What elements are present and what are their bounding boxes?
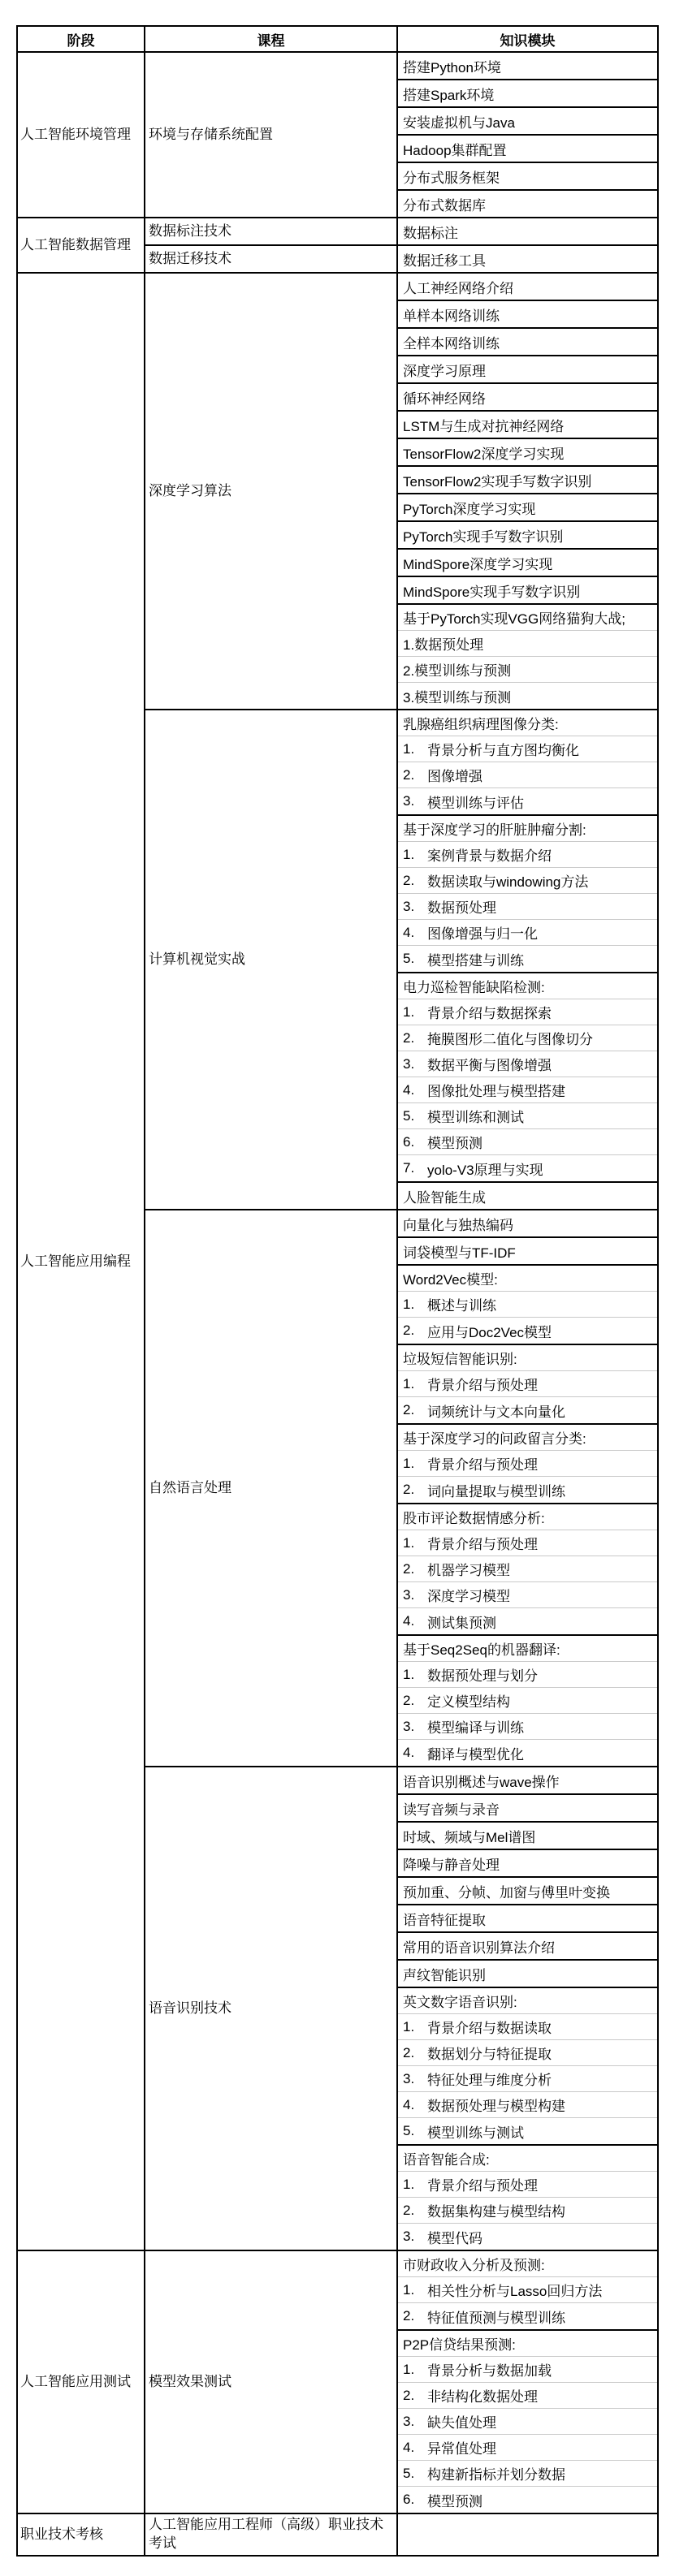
module-line: 3.深度学习模型 [398, 1582, 657, 1608]
module-cell: 单样本网络训练 [398, 301, 657, 329]
module-cell: PyTorch深度学习实现 [398, 494, 657, 522]
item-number: 1. [403, 1456, 427, 1472]
module-cell: 基于深度学习的肝脏肿瘤分割:1.案例背景与数据介绍2.数据读取与windowin… [398, 816, 657, 973]
module-line: 4.图像增强与归一化 [398, 920, 657, 946]
module-cell: 安装虚拟机与Java [398, 108, 657, 136]
item-number: 3. [403, 2414, 427, 2430]
item-number: 2. [403, 2308, 427, 2324]
module-line: 3.模型训练与评估 [398, 788, 657, 814]
module-text: MindSpore实现手写数字识别 [403, 580, 580, 601]
module-text: 2.模型训练与预测 [403, 659, 511, 680]
module-cell: 人脸智能生成 [398, 1183, 657, 1209]
module-text: 语音识别概述与wave操作 [403, 1771, 560, 1791]
module-cell: 全样本网络训练 [398, 329, 657, 356]
module-text: 相关性分析与Lasso回归方法 [427, 2280, 602, 2300]
course-cell: 计算机视觉实战 [145, 710, 398, 1209]
course-row: 数据迁移技术数据迁移工具 [145, 246, 657, 272]
module-line: 1.背景介绍与预处理 [398, 2172, 657, 2198]
module-line: 向量化与独热编码 [398, 1210, 657, 1236]
module-text: 词向量提取与模型训练 [427, 1480, 565, 1500]
module-line: 3.数据平衡与图像增强 [398, 1051, 657, 1077]
item-number: 4. [403, 2097, 427, 2113]
module-cell: 基于PyTorch实现VGG网络猫狗大战;1.数据预处理2.模型训练与预测3.模… [398, 605, 657, 709]
module-line: 4.异常值处理 [398, 2435, 657, 2461]
item-number: 3. [403, 1056, 427, 1072]
module-text: 背景介绍与预处理 [427, 2174, 538, 2194]
module-text: 股市评论数据情感分析: [403, 1507, 545, 1527]
module-text: 案例背景与数据介绍 [427, 844, 552, 865]
item-number: 5. [403, 951, 427, 967]
module-text: 测试集预测 [427, 1612, 496, 1632]
module-text: 缺失值处理 [427, 2411, 496, 2431]
module-text: 乳腺癌组织病理图像分类: [403, 713, 559, 733]
stage-section-row: 人工智能环境管理环境与存储系统配置搭建Python环境搭建Spark环境安装虚拟… [18, 53, 657, 218]
module-cell: 深度学习原理 [398, 356, 657, 384]
module-cell: LSTM与生成对抗神经网络 [398, 412, 657, 439]
module-cells: 搭建Python环境搭建Spark环境安装虚拟机与JavaHadoop集群配置分… [398, 53, 657, 217]
course-cell: 环境与存储系统配置 [145, 53, 398, 217]
item-number: 1. [403, 2362, 427, 2378]
module-text: Word2Vec模型: [403, 1268, 498, 1288]
module-text: TensorFlow2深度学习实现 [403, 442, 564, 463]
module-text: 背景分析与数据加载 [427, 2359, 552, 2380]
module-text: P2P信贷结果预测: [403, 2333, 516, 2354]
item-number: 4. [403, 1613, 427, 1629]
curriculum-table: 阶段 课程 知识模块 人工智能环境管理环境与存储系统配置搭建Python环境搭建… [16, 25, 659, 2557]
item-number: 5. [403, 2466, 427, 2482]
module-text: 模型搭建与训练 [427, 949, 524, 969]
module-text: 数据读取与windowing方法 [427, 870, 588, 891]
module-line: 数据标注 [398, 218, 657, 244]
module-cell: 数据迁移工具 [398, 246, 657, 272]
stage-section-row: 人工智能应用编程深度学习算法人工神经网络介绍单样本网络训练全样本网络训练深度学习… [18, 274, 657, 2251]
module-text: 分布式服务框架 [403, 166, 500, 187]
module-line: 2.非结构化数据处理 [398, 2383, 657, 2409]
module-cell: Hadoop集群配置 [398, 136, 657, 163]
module-line: 2.数据集构建与模型结构 [398, 2198, 657, 2224]
module-text: 图像增强 [427, 765, 482, 785]
module-text: 词频统计与文本向量化 [427, 1400, 565, 1421]
module-text: 特征值预测与模型训练 [427, 2306, 565, 2327]
module-line: 循环神经网络 [398, 384, 657, 410]
module-line: 数据迁移工具 [398, 246, 657, 272]
module-text: 模型训练与评估 [427, 792, 524, 812]
module-cell: 基于深度学习的问政留言分类:1.背景介绍与预处理2.词向量提取与模型训练 [398, 1425, 657, 1504]
item-number: 5. [403, 2123, 427, 2139]
module-cell: Word2Vec模型:1.概述与训练2.应用与Doc2Vec模型 [398, 1266, 657, 1345]
course-row: 人工智能应用工程师（高级）职业技术考试 [145, 2514, 657, 2555]
module-line: 1.背景介绍与数据探索 [398, 999, 657, 1025]
module-text: yolo-V3原理与实现 [427, 1159, 543, 1179]
module-line: 乳腺癌组织病理图像分类: [398, 710, 657, 736]
module-cell: 时域、频域与Mel谱图 [398, 1823, 657, 1850]
module-cells: 乳腺癌组织病理图像分类:1.背景分析与直方图均衡化2.图像增强3.模型训练与评估… [398, 710, 657, 1209]
module-text: 机器学习模型 [427, 1559, 510, 1579]
module-line: 语音智能合成: [398, 2146, 657, 2172]
module-line: 2.掩膜图形二值化与图像切分 [398, 1025, 657, 1051]
module-text: 数据预处理 [427, 896, 496, 917]
module-text: 基于Seq2Seq的机器翻译: [403, 1638, 560, 1659]
item-number: 4. [403, 1082, 427, 1098]
module-line: 人脸智能生成 [398, 1183, 657, 1209]
module-line: 1.背景分析与数据加载 [398, 2357, 657, 2383]
module-text: 背景介绍与数据读取 [427, 2017, 552, 2037]
module-text: 模型训练和测试 [427, 1106, 524, 1126]
item-number: 2. [403, 2045, 427, 2061]
module-line: 1.案例背景与数据介绍 [398, 842, 657, 868]
module-text: 数据迁移工具 [403, 249, 486, 270]
module-cell: 电力巡检智能缺陷检测:1.背景介绍与数据探索2.掩膜图形二值化与图像切分3.数据… [398, 973, 657, 1183]
module-text: 循环神经网络 [403, 387, 486, 408]
module-text: 搭建Spark环境 [403, 84, 494, 104]
module-line: 词袋模型与TF-IDF [398, 1238, 657, 1264]
courses-group: 模型效果测试市财政收入分析及预测:1.相关性分析与Lasso回归方法2.特征值预… [145, 2251, 657, 2513]
module-text: 语音智能合成: [403, 2148, 490, 2168]
module-line: 1.背景介绍与预处理 [398, 1371, 657, 1397]
module-cell: 人工神经网络介绍 [398, 274, 657, 301]
module-line: PyTorch实现手写数字识别 [398, 522, 657, 548]
module-line: 2.应用与Doc2Vec模型 [398, 1318, 657, 1344]
module-cells: 语音识别概述与wave操作读写音频与录音时域、频域与Mel谱图降噪与静音处理预加… [398, 1767, 657, 2250]
module-text: 全样本网络训练 [403, 332, 500, 352]
module-text: 掩膜图形二值化与图像切分 [427, 1028, 593, 1048]
course-cell: 数据迁移技术 [145, 246, 398, 272]
module-text: 非结构化数据处理 [427, 2385, 538, 2406]
module-text: 数据集构建与模型结构 [427, 2200, 565, 2220]
module-text: 模型预测 [427, 1132, 482, 1152]
module-text: 搭建Python环境 [403, 56, 501, 76]
module-text: 语音特征提取 [403, 1909, 486, 1929]
course-row: 数据标注技术数据标注 [145, 218, 657, 246]
module-line: 搭建Python环境 [398, 53, 657, 79]
module-line: 2.数据读取与windowing方法 [398, 868, 657, 894]
module-line: Word2Vec模型: [398, 1266, 657, 1292]
module-cells: 数据标注 [398, 218, 657, 244]
module-line: 2.词频统计与文本向量化 [398, 1397, 657, 1423]
course-cell: 深度学习算法 [145, 274, 398, 709]
item-number: 7. [403, 1160, 427, 1176]
module-text: 数据预处理与模型构建 [427, 2095, 565, 2115]
module-text: 数据预处理与划分 [427, 1664, 538, 1685]
module-cell: 循环神经网络 [398, 384, 657, 412]
module-line: 5.模型训练和测试 [398, 1103, 657, 1129]
module-line: 声纹智能识别 [398, 1961, 657, 1987]
module-text: 模型编译与训练 [427, 1716, 524, 1737]
module-line: MindSpore深度学习实现 [398, 550, 657, 576]
module-text: 市财政收入分析及预测: [403, 2254, 545, 2274]
course-cell: 人工智能应用工程师（高级）职业技术考试 [145, 2514, 398, 2555]
module-line: 3.特征处理与维度分析 [398, 2066, 657, 2092]
module-line: 搭建Spark环境 [398, 80, 657, 106]
module-text: 基于深度学习的肝脏肿瘤分割: [403, 818, 586, 839]
module-line: 安装虚拟机与Java [398, 108, 657, 134]
module-text: 基于深度学习的问政留言分类: [403, 1427, 586, 1448]
item-number: 5. [403, 1108, 427, 1124]
item-number: 1. [403, 1297, 427, 1313]
module-cell: 垃圾短信智能识别:1.背景介绍与预处理2.词频统计与文本向量化 [398, 1345, 657, 1425]
module-line: 1.数据预处理与划分 [398, 1662, 657, 1688]
stage-section-row: 职业技术考核人工智能应用工程师（高级）职业技术考试 [18, 2514, 657, 2555]
item-number: 2. [403, 1402, 427, 1418]
module-text: 背景分析与直方图均衡化 [427, 739, 579, 759]
item-number: 6. [403, 1134, 427, 1150]
module-line: LSTM与生成对抗神经网络 [398, 412, 657, 438]
module-line: 基于深度学习的肝脏肿瘤分割: [398, 816, 657, 842]
courses-group: 数据标注技术数据标注数据迁移技术数据迁移工具 [145, 218, 657, 272]
module-cell: 预加重、分帧、加窗与傅里叶变换 [398, 1878, 657, 1905]
module-line: 读写音频与录音 [398, 1795, 657, 1821]
course-cell: 语音识别技术 [145, 1767, 398, 2250]
module-line: 时域、频域与Mel谱图 [398, 1823, 657, 1849]
module-cell: 乳腺癌组织病理图像分类:1.背景分析与直方图均衡化2.图像增强3.模型训练与评估 [398, 710, 657, 816]
course-row: 自然语言处理向量化与独热编码词袋模型与TF-IDFWord2Vec模型:1.概述… [145, 1210, 657, 1767]
module-line: 降噪与静音处理 [398, 1850, 657, 1876]
module-cell: PyTorch实现手写数字识别 [398, 522, 657, 550]
module-line: 1.概述与训练 [398, 1292, 657, 1318]
header-stage: 阶段 [18, 27, 145, 51]
module-line: 1.背景介绍与预处理 [398, 1451, 657, 1477]
module-cells [398, 2514, 657, 2555]
course-cell: 模型效果测试 [145, 2251, 398, 2513]
module-text: TensorFlow2实现手写数字识别 [403, 470, 591, 490]
module-cell: 语音识别概述与wave操作 [398, 1767, 657, 1795]
item-number: 1. [403, 741, 427, 757]
module-cell: 读写音频与录音 [398, 1795, 657, 1823]
item-number: 4. [403, 2440, 427, 2456]
module-text: 深度学习模型 [427, 1585, 510, 1605]
item-number: 1. [403, 1667, 427, 1683]
courses-group: 深度学习算法人工神经网络介绍单样本网络训练全样本网络训练深度学习原理循环神经网络… [145, 274, 657, 2250]
module-line: 2.特征值预测与模型训练 [398, 2303, 657, 2329]
module-line: 5.模型训练与测试 [398, 2118, 657, 2144]
module-cell: 市财政收入分析及预测:1.相关性分析与Lasso回归方法2.特征值预测与模型训练 [398, 2251, 657, 2331]
module-line: 4.图像批处理与模型搭建 [398, 1077, 657, 1103]
module-text: 数据划分与特征提取 [427, 2043, 552, 2063]
module-line: 5.构建新指标并划分数据 [398, 2461, 657, 2487]
module-line: 2.定义模型结构 [398, 1688, 657, 1714]
module-text: MindSpore深度学习实现 [403, 553, 552, 573]
module-line: 垃圾短信智能识别: [398, 1345, 657, 1371]
stage-cell: 人工智能应用测试 [18, 2251, 145, 2513]
module-line: 1.数据预处理 [398, 631, 657, 657]
module-text: 分布式数据库 [403, 194, 486, 214]
module-text: 定义模型结构 [427, 1690, 510, 1711]
item-number: 2. [403, 873, 427, 889]
item-number: 1. [403, 2177, 427, 2193]
module-text: 图像增强与归一化 [427, 922, 538, 943]
module-text: 安装虚拟机与Java [403, 111, 515, 132]
module-line: 单样本网络训练 [398, 301, 657, 327]
module-line: 语音特征提取 [398, 1905, 657, 1931]
module-text: 背景介绍与数据探索 [427, 1002, 552, 1022]
item-number: 3. [403, 2071, 427, 2087]
module-line: 3.模型训练与预测 [398, 683, 657, 709]
stage-cell: 人工智能应用编程 [18, 274, 145, 2250]
item-number: 3. [403, 2229, 427, 2245]
item-number: 2. [403, 1693, 427, 1709]
module-cells: 市财政收入分析及预测:1.相关性分析与Lasso回归方法2.特征值预测与模型训练… [398, 2251, 657, 2513]
module-text: 数据标注 [403, 222, 458, 242]
module-text: 1.数据预处理 [403, 633, 483, 654]
module-cell: P2P信贷结果预测:1.背景分析与数据加载2.非结构化数据处理3.缺失值处理4.… [398, 2331, 657, 2513]
module-line: 基于Seq2Seq的机器翻译: [398, 1636, 657, 1662]
stage-cell: 职业技术考核 [18, 2514, 145, 2555]
module-line: 2.词向量提取与模型训练 [398, 1477, 657, 1503]
module-text: 特征处理与维度分析 [427, 2069, 552, 2089]
module-text: 声纹智能识别 [403, 1964, 486, 1984]
module-cell: 语音智能合成:1.背景介绍与预处理2.数据集构建与模型结构3.模型代码 [398, 2146, 657, 2250]
header-course: 课程 [145, 27, 398, 51]
item-number: 6. [403, 2492, 427, 2508]
module-line: MindSpore实现手写数字识别 [398, 577, 657, 603]
module-line [398, 2514, 657, 2540]
module-text: 概述与训练 [427, 1294, 496, 1314]
module-line: 电力巡检智能缺陷检测: [398, 973, 657, 999]
module-line: 3.模型代码 [398, 2224, 657, 2250]
course-cell: 数据标注技术 [145, 218, 398, 244]
item-number: 4. [403, 1745, 427, 1761]
module-line: 4.数据预处理与模型构建 [398, 2092, 657, 2118]
module-cells: 向量化与独热编码词袋模型与TF-IDFWord2Vec模型:1.概述与训练2.应… [398, 1210, 657, 1766]
item-number: 2. [403, 1561, 427, 1577]
module-text: 词袋模型与TF-IDF [403, 1241, 516, 1262]
item-number: 1. [403, 2282, 427, 2298]
module-cell [398, 2514, 657, 2550]
module-line: 全样本网络训练 [398, 329, 657, 355]
module-cell: 词袋模型与TF-IDF [398, 1238, 657, 1266]
item-number: 3. [403, 1587, 427, 1603]
module-text: 预加重、分帧、加窗与傅里叶变换 [403, 1881, 610, 1901]
item-number: 2. [403, 2203, 427, 2219]
module-line: 深度学习原理 [398, 356, 657, 382]
module-line: 5.模型搭建与训练 [398, 946, 657, 972]
module-line: 2.数据划分与特征提取 [398, 2040, 657, 2066]
stage-section-row: 人工智能数据管理数据标注技术数据标注数据迁移技术数据迁移工具 [18, 218, 657, 274]
item-number: 2. [403, 1030, 427, 1046]
item-number: 1. [403, 847, 427, 863]
module-line: P2P信贷结果预测: [398, 2331, 657, 2357]
module-cell: 基于Seq2Seq的机器翻译:1.数据预处理与划分2.定义模型结构3.模型编译与… [398, 1636, 657, 1766]
module-cell: 搭建Python环境 [398, 53, 657, 80]
module-line: 2.图像增强 [398, 762, 657, 788]
module-text: 模型代码 [427, 2227, 482, 2247]
item-number: 1. [403, 1376, 427, 1392]
module-line: 4.翻译与模型优化 [398, 1740, 657, 1766]
module-text: 英文数字语音识别: [403, 1991, 517, 2011]
module-cells: 数据迁移工具 [398, 246, 657, 272]
module-text: 背景介绍与预处理 [427, 1533, 538, 1553]
header-module: 知识模块 [398, 27, 657, 51]
module-cells: 人工神经网络介绍单样本网络训练全样本网络训练深度学习原理循环神经网络LSTM与生… [398, 274, 657, 709]
item-number: 1. [403, 2019, 427, 2035]
course-row: 环境与存储系统配置搭建Python环境搭建Spark环境安装虚拟机与JavaHa… [145, 53, 657, 217]
item-number: 2. [403, 1482, 427, 1498]
module-text: 构建新指标并划分数据 [427, 2463, 565, 2483]
course-cell: 自然语言处理 [145, 1210, 398, 1766]
module-text: 模型预测 [427, 2490, 482, 2510]
module-line: 4.测试集预测 [398, 1608, 657, 1634]
module-line: 2.机器学习模型 [398, 1556, 657, 1582]
module-text: 单样本网络训练 [403, 304, 500, 325]
module-text: PyTorch深度学习实现 [403, 498, 535, 518]
module-cell: MindSpore深度学习实现 [398, 550, 657, 577]
module-cell: 声纹智能识别 [398, 1961, 657, 1988]
module-cell: 分布式数据库 [398, 191, 657, 217]
module-text: 向量化与独热编码 [403, 1214, 513, 1234]
module-line: 股市评论数据情感分析: [398, 1504, 657, 1530]
module-line: 预加重、分帧、加窗与傅里叶变换 [398, 1878, 657, 1904]
module-cell: 向量化与独热编码 [398, 1210, 657, 1238]
module-text: 人工神经网络介绍 [403, 277, 513, 297]
stage-cell: 人工智能数据管理 [18, 218, 145, 272]
module-text: LSTM与生成对抗神经网络 [403, 415, 564, 435]
module-text: 时域、频域与Mel谱图 [403, 1826, 535, 1846]
module-text: 降噪与静音处理 [403, 1853, 500, 1874]
module-line: 6.模型预测 [398, 1129, 657, 1155]
module-text: 背景介绍与预处理 [427, 1453, 538, 1474]
module-line: 语音识别概述与wave操作 [398, 1767, 657, 1793]
item-number: 2. [403, 1323, 427, 1339]
module-line: 基于PyTorch实现VGG网络猫狗大战; [398, 605, 657, 631]
module-line: 7.yolo-V3原理与实现 [398, 1155, 657, 1181]
module-cell: 英文数字语音识别:1.背景介绍与数据读取2.数据划分与特征提取3.特征处理与维度… [398, 1988, 657, 2146]
module-text: 垃圾短信智能识别: [403, 1348, 517, 1368]
item-number: 2. [403, 2388, 427, 2404]
module-text: 读写音频与录音 [403, 1798, 500, 1819]
module-line: 分布式服务框架 [398, 163, 657, 189]
module-text: 基于PyTorch实现VGG网络猫狗大战; [403, 607, 625, 628]
item-number: 1. [403, 1004, 427, 1020]
module-line: 分布式数据库 [398, 191, 657, 217]
course-row: 语音识别技术语音识别概述与wave操作读写音频与录音时域、频域与Mel谱图降噪与… [145, 1767, 657, 2250]
module-text: 图像批处理与模型搭建 [427, 1080, 565, 1100]
module-line: 3.模型编译与训练 [398, 1714, 657, 1740]
module-text: 背景介绍与预处理 [427, 1374, 538, 1394]
item-number: 3. [403, 1719, 427, 1735]
module-text: 3.模型训练与预测 [403, 686, 511, 706]
courses-group: 环境与存储系统配置搭建Python环境搭建Spark环境安装虚拟机与JavaHa… [145, 53, 657, 217]
module-text: 电力巡检智能缺陷检测: [403, 976, 545, 996]
module-text: 常用的语音识别算法介绍 [403, 1936, 555, 1957]
module-line: 3.数据预处理 [398, 894, 657, 920]
module-cell: 股市评论数据情感分析:1.背景介绍与预处理2.机器学习模型3.深度学习模型4.测… [398, 1504, 657, 1636]
stage-cell: 人工智能环境管理 [18, 53, 145, 217]
module-cell: 数据标注 [398, 218, 657, 244]
course-row: 深度学习算法人工神经网络介绍单样本网络训练全样本网络训练深度学习原理循环神经网络… [145, 274, 657, 710]
module-line: 人工神经网络介绍 [398, 274, 657, 300]
module-cell: 分布式服务框架 [398, 163, 657, 191]
module-text: 人脸智能生成 [403, 1186, 486, 1206]
module-line: PyTorch深度学习实现 [398, 494, 657, 520]
module-cell: TensorFlow2深度学习实现 [398, 439, 657, 467]
course-row: 模型效果测试市财政收入分析及预测:1.相关性分析与Lasso回归方法2.特征值预… [145, 2251, 657, 2513]
module-text: 深度学习原理 [403, 360, 486, 380]
module-line: 基于深度学习的问政留言分类: [398, 1425, 657, 1451]
module-line: 6.模型预测 [398, 2487, 657, 2513]
module-text: 模型训练与测试 [427, 2121, 524, 2142]
module-line: TensorFlow2实现手写数字识别 [398, 467, 657, 493]
module-text: PyTorch实现手写数字识别 [403, 525, 563, 546]
module-text: 应用与Doc2Vec模型 [427, 1321, 552, 1341]
stage-section-row: 人工智能应用测试模型效果测试市财政收入分析及预测:1.相关性分析与Lasso回归… [18, 2251, 657, 2514]
item-number: 3. [403, 899, 427, 915]
module-line: 1.背景介绍与数据读取 [398, 2014, 657, 2040]
module-cell: 常用的语音识别算法介绍 [398, 1933, 657, 1961]
module-line: 1.背景介绍与预处理 [398, 1530, 657, 1556]
module-line: TensorFlow2深度学习实现 [398, 439, 657, 465]
module-text: Hadoop集群配置 [403, 139, 507, 159]
courses-group: 人工智能应用工程师（高级）职业技术考试 [145, 2514, 657, 2555]
